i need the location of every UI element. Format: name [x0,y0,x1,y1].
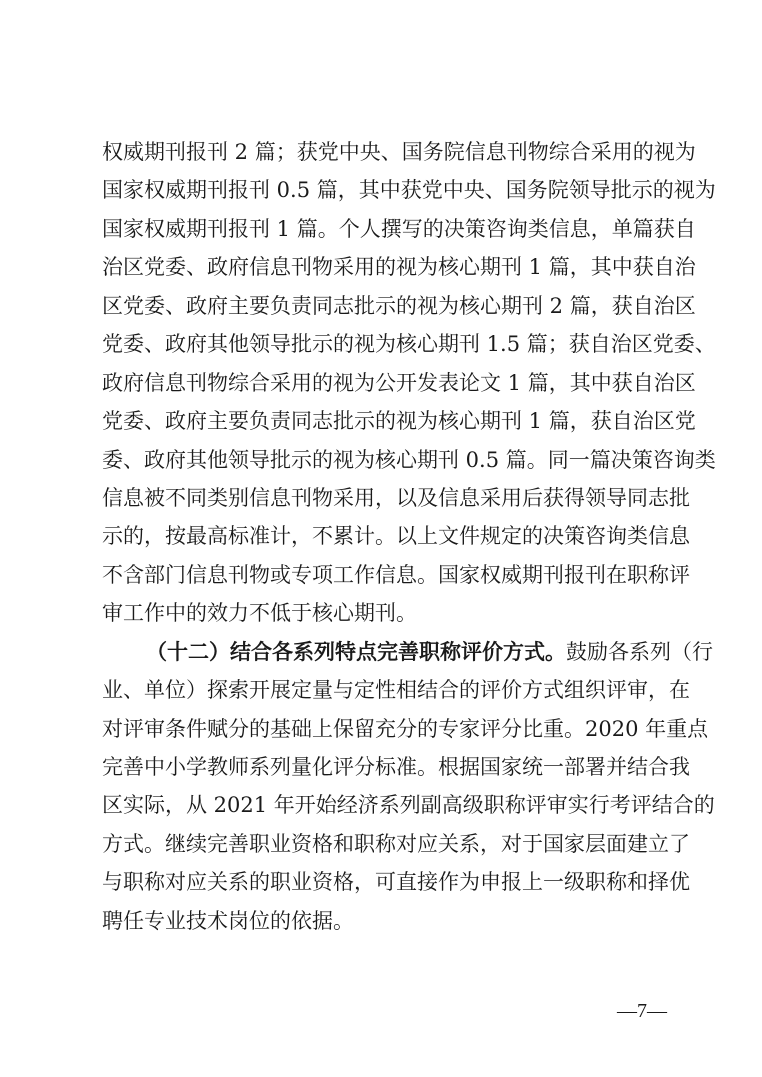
text-line-first: （十二）结合各系列特点完善职称评价方式。鼓励各系列（行 [102,633,682,671]
text-line: 党委、政府主要负责同志批示的视为核心期刊 1 篇，获自治区党 [102,402,682,440]
text-line: 业、单位）探索开展定量与定性相结合的评价方式组织评审，在 [102,671,682,709]
document-body: 权威期刊报刊 2 篇；获党中央、国务院信息刊物综合采用的视为 国家权威期刊报刊 … [102,133,682,940]
text-line: 党委、政府其他领导批示的视为核心期刊 1.5 篇；获自治区党委、 [102,325,682,363]
heading-rest-text: 鼓励各系列（行 [566,640,713,664]
text-line: 委、政府其他领导批示的视为核心期刊 0.5 篇。同一篇决策咨询类 [102,441,682,479]
paragraph-section-12: （十二）结合各系列特点完善职称评价方式。鼓励各系列（行 业、单位）探索开展定量与… [102,633,682,941]
text-line: 区党委、政府主要负责同志批示的视为核心期刊 2 篇，获自治区 [102,287,682,325]
text-line: 治区党委、政府信息刊物采用的视为核心期刊 1 篇，其中获自治 [102,248,682,286]
text-line: 与职称对应关系的职业资格，可直接作为申报上一级职称和择优 [102,863,682,901]
text-line: 审工作中的效力不低于核心期刊。 [102,594,682,632]
text-line: 完善中小学教师系列量化评分标准。根据国家统一部署并结合我 [102,748,682,786]
text-line: 聘任专业技术岗位的依据。 [102,902,682,940]
text-line: 权威期刊报刊 2 篇；获党中央、国务院信息刊物综合采用的视为 [102,133,682,171]
text-line: 方式。继续完善职业资格和职称对应关系，对于国家层面建立了 [102,825,682,863]
text-line: 对评审条件赋分的基础上保留充分的专家评分比重。2020 年重点 [102,710,682,748]
text-line: 国家权威期刊报刊 1 篇。个人撰写的决策咨询类信息，单篇获自 [102,210,682,248]
page-number: —7— [612,1000,672,1023]
text-line: 不含部门信息刊物或专项工作信息。国家权威期刊报刊在职称评 [102,556,682,594]
paragraph-continued: 权威期刊报刊 2 篇；获党中央、国务院信息刊物综合采用的视为 国家权威期刊报刊 … [102,133,682,633]
section-heading: （十二）结合各系列特点完善职称评价方式。 [146,639,566,664]
text-line: 区实际，从 2021 年开始经济系列副高级职称评审实行考评结合的 [102,786,682,824]
document-page: 权威期刊报刊 2 篇；获党中央、国务院信息刊物综合采用的视为 国家权威期刊报刊 … [0,0,762,1077]
text-line: 政府信息刊物综合采用的视为公开发表论文 1 篇，其中获自治区 [102,364,682,402]
text-line: 国家权威期刊报刊 0.5 篇，其中获党中央、国务院领导批示的视为 [102,171,682,209]
text-line: 信息被不同类别信息刊物采用，以及信息采用后获得领导同志批 [102,479,682,517]
text-line: 示的，按最高标准计，不累计。以上文件规定的决策咨询类信息 [102,517,682,555]
